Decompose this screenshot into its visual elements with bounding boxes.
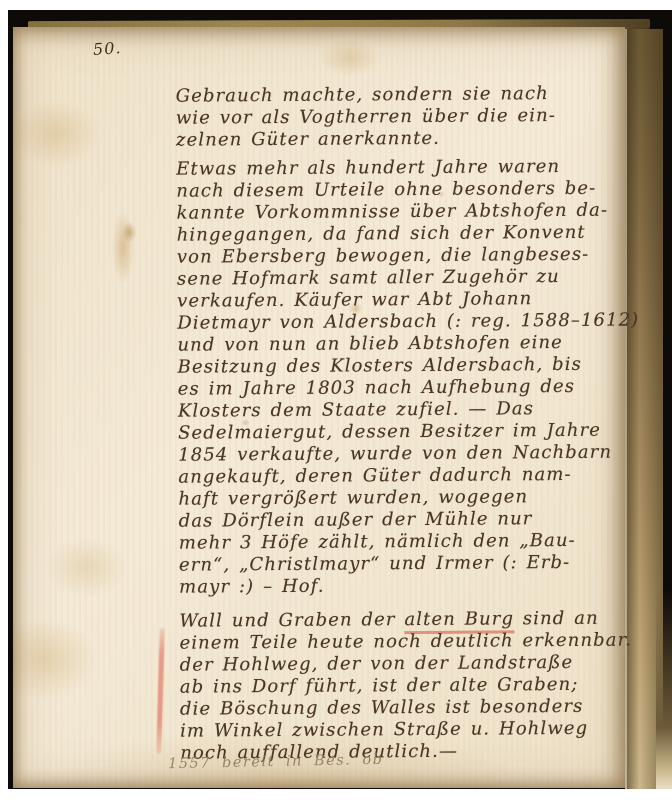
handwritten-line: zelnen Güter anerkannte. — [176, 126, 656, 151]
handwritten-line: im Winkel zwischen Straße u. Hohlweg — [180, 717, 660, 742]
handwritten-line: 1854 verkaufte, wurde von den Nachbarn — [178, 441, 658, 466]
page-number: 50. — [92, 38, 122, 59]
handwritten-line: mayr :) – Hof. — [179, 573, 659, 598]
handwritten-paragraph: Wall und Graben der alten Burg sind anei… — [179, 607, 660, 764]
handwritten-line: einem Teile heute noch deutlich erkennba… — [179, 629, 659, 654]
handwritten-line: Dietmayr von Aldersbach (: reg. 1588–161… — [177, 309, 657, 334]
handwritten-line: von Ebersberg bewogen, die langbeses- — [177, 243, 657, 268]
scanned-document-image: 50. Gebrauch machte, sondern sie nachwie… — [0, 0, 672, 800]
handwritten-text-block: Gebrauch machte, sondern sie nachwie vor… — [176, 82, 661, 764]
handwritten-paragraph: Etwas mehr als hundert Jahre warennach d… — [176, 155, 659, 598]
handwritten-paragraph: Gebrauch machte, sondern sie nachwie vor… — [176, 82, 656, 151]
